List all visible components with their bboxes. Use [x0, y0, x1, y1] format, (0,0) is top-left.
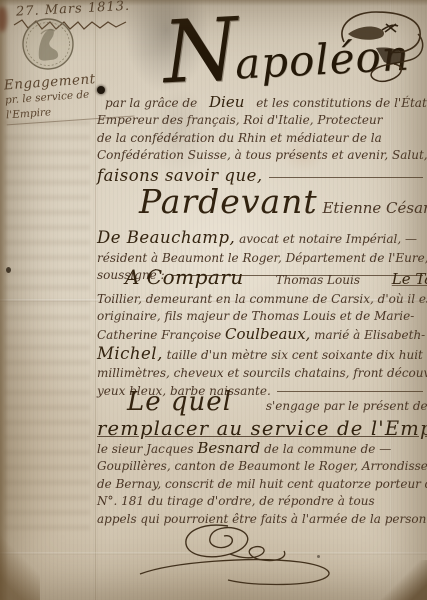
text-segment: De Beauchamp, [97, 227, 235, 248]
text-segment: avocat et notaire Impérial, — [235, 229, 417, 250]
text-line: originaire, fils majeur de Thomas Louis … [97, 308, 423, 325]
text-segment: Le Tailleur, [364, 269, 427, 290]
intro-paragraph: par la grâce de Dieu et les constitution… [97, 94, 423, 186]
page-corner-bottom-right [381, 560, 427, 600]
text-segment: Pardevant [139, 183, 318, 221]
engagement-paragraph: Le quel s'engage par le présent de — rem… [97, 391, 423, 528]
text-line: Toillier, demeurant en la commune de Car… [97, 291, 423, 308]
text-segment: Besnard [197, 440, 260, 457]
fill-rule [269, 176, 423, 178]
text-segment: Michel, [97, 344, 163, 363]
text-line: Confédération Suisse, à tous présents et… [97, 147, 423, 164]
text-segment: Thomas Louis [244, 270, 364, 291]
text-line: Catherine Françoise Coulbeaux, marié à E… [97, 326, 423, 344]
text-line: Le quel s'engage par le présent de — [97, 391, 423, 418]
text-line: Pardevant Etienne César [97, 183, 423, 227]
text-line: remplacer au service de l'Empire [97, 418, 423, 440]
manuscript-page: 27. Mars 1813. Engagement pr. le service… [0, 0, 427, 600]
text-segment: s'engage par le présent de — [232, 395, 427, 418]
text-segment: le sieur Jacques [97, 441, 197, 458]
text-segment: Le quel [97, 391, 232, 414]
text-segment: Catherine Françoise [97, 327, 225, 344]
text-segment: A Comparu [97, 267, 244, 288]
text-line: Goupillères, canton de Beaumont le Roger… [97, 458, 423, 475]
tax-stamp-seal [21, 16, 75, 72]
text-line: par la grâce de Dieu et les constitution… [97, 94, 423, 112]
text-segment: taille d'un mètre six cent soixante dix … [163, 346, 423, 365]
text-segment: Etienne César [318, 189, 427, 227]
text-line: Michel, taille d'un mètre six cent soixa… [97, 344, 423, 365]
text-segment: par la grâce de [97, 95, 201, 112]
signature-paraph [132, 518, 362, 596]
text-line: de la confédération du Rhin et médiateur… [97, 130, 423, 147]
text-line: Empereur des français, Roi d'Italie, Pro… [97, 112, 423, 129]
text-segment: de la commune de — [260, 441, 391, 458]
text-line: de Bernay, conscrit de mil huit cent qua… [97, 476, 423, 493]
text-line: A Comparu Thomas Louis Le Tailleur, [97, 267, 423, 291]
text-segment: Coulbeaux, [225, 326, 310, 343]
text-line: millimètres, cheveux et sourcils chatain… [97, 365, 423, 382]
notarial-flourish [330, 8, 426, 90]
text-line: le sieur Jacques Besnard de la commune d… [97, 440, 423, 458]
text-segment: remplacer au service de l'Empire [97, 418, 427, 440]
ink-blot [6, 267, 11, 273]
text-line: De Beauchamp, avocat et notaire Impérial… [97, 227, 423, 250]
text-segment: Dieu [201, 94, 244, 111]
page-corner-bottom-left [0, 530, 40, 600]
ink-bleedthrough [4, 120, 90, 540]
title-initial: N [161, 0, 237, 103]
text-segment: et les constitutions de l'État, [244, 95, 427, 112]
recruit-paragraph: A Comparu Thomas Louis Le Tailleur, Toil… [97, 267, 423, 400]
text-segment: marié à Elisabeth- [310, 327, 425, 344]
text-line: N°. 181 du tirage d'ordre, de répondre à… [97, 493, 423, 510]
